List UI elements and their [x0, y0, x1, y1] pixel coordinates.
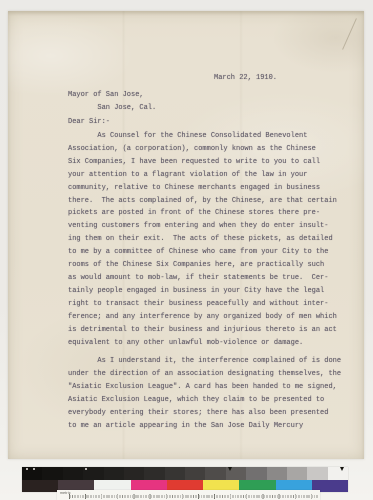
letter-text-line: to me by a committee of Chinese who came…	[68, 246, 337, 259]
letter-text-line: Association, (a corporation), commonly k…	[68, 143, 337, 156]
scanned-letter-page: March 22, 1910. Mayor of San Jose, San J…	[0, 0, 373, 500]
letter-text-line: under the direction of an association de…	[68, 368, 341, 381]
letter-salutation: Dear Sir:-	[68, 116, 110, 129]
grayscale-step	[42, 467, 62, 480]
address-line: Mayor of San Jose,	[68, 89, 156, 102]
letter-text-line: As Counsel for the Chinese Consolidated …	[68, 130, 337, 143]
paper-crease	[342, 18, 357, 49]
registration-mark	[33, 468, 35, 470]
grayscale-step	[144, 467, 164, 480]
letter-text-line: rooms of the Chinese Six Companies here,…	[68, 259, 337, 272]
letter-address: Mayor of San Jose, San Jose, Cal.	[68, 89, 156, 115]
registration-mark	[85, 468, 87, 470]
letter-text-line: venting customers from entering and when…	[68, 220, 337, 233]
letter-text-line: right to transact their business peacefu…	[68, 298, 337, 311]
letter-text-line: as would amount to mob-law, if their sta…	[68, 272, 337, 285]
metric-ruler: metric 123456789101112131415	[57, 490, 320, 500]
letter-text-line: is detrimental to their business and inj…	[68, 324, 337, 337]
grayscale-step	[328, 467, 348, 480]
grayscale-step	[165, 467, 185, 480]
grayscale-step	[307, 467, 327, 480]
grayscale-step	[124, 467, 144, 480]
address-line: San Jose, Cal.	[68, 102, 156, 115]
letter-text-line: community, relative to Chinese merchants…	[68, 182, 337, 195]
letter-text-line: everybody entering their stores; there h…	[68, 407, 341, 420]
letter-text-line: As I understand it, the interference com…	[68, 355, 341, 368]
grayscale-step	[63, 467, 83, 480]
letter-text-line: Six Companies, I have been requested to …	[68, 156, 337, 169]
grayscale-step	[185, 467, 205, 480]
letter-text-line: Asiatic Exclusion League, which they cla…	[68, 394, 341, 407]
letter-text-line: equivalent to any other unlawful mob-vio…	[68, 337, 337, 350]
grayscale-step	[246, 467, 266, 480]
letter-text-line: tainly people engaged in business in you…	[68, 285, 337, 298]
letter-date: March 22, 1910.	[214, 72, 277, 85]
letter-text-line: "Asiatic Exclusion League". A card has b…	[68, 381, 341, 394]
ruler-mm-ticks	[69, 495, 318, 498]
registration-mark	[26, 468, 28, 470]
grayscale-step	[267, 467, 287, 480]
registration-mark	[228, 467, 232, 471]
registration-mark	[340, 467, 344, 471]
grayscale-strip	[22, 467, 348, 480]
letter-text-line: your attention to a flagrant violation o…	[68, 169, 337, 182]
letter-paper: March 22, 1910. Mayor of San Jose, San J…	[8, 11, 364, 459]
grayscale-step	[205, 467, 225, 480]
letter-text-line: ing them on their exit. The acts of thes…	[68, 233, 337, 246]
letter-text-line: pickets are posted in front of the Chine…	[68, 207, 337, 220]
letter-text-line: there. The acts complained of, by the Ch…	[68, 195, 337, 208]
letter-paragraph-1: As Counsel for the Chinese Consolidated …	[68, 130, 337, 349]
letter-paragraph-2: As I understand it, the interference com…	[68, 355, 341, 432]
grayscale-step	[104, 467, 124, 480]
color-calibration-bar	[22, 467, 348, 492]
color-patch	[22, 480, 58, 492]
grayscale-step	[287, 467, 307, 480]
letter-text-line: to me an article appearing in the San Jo…	[68, 420, 341, 433]
letter-text-line: ference; and any interference by any org…	[68, 311, 337, 324]
